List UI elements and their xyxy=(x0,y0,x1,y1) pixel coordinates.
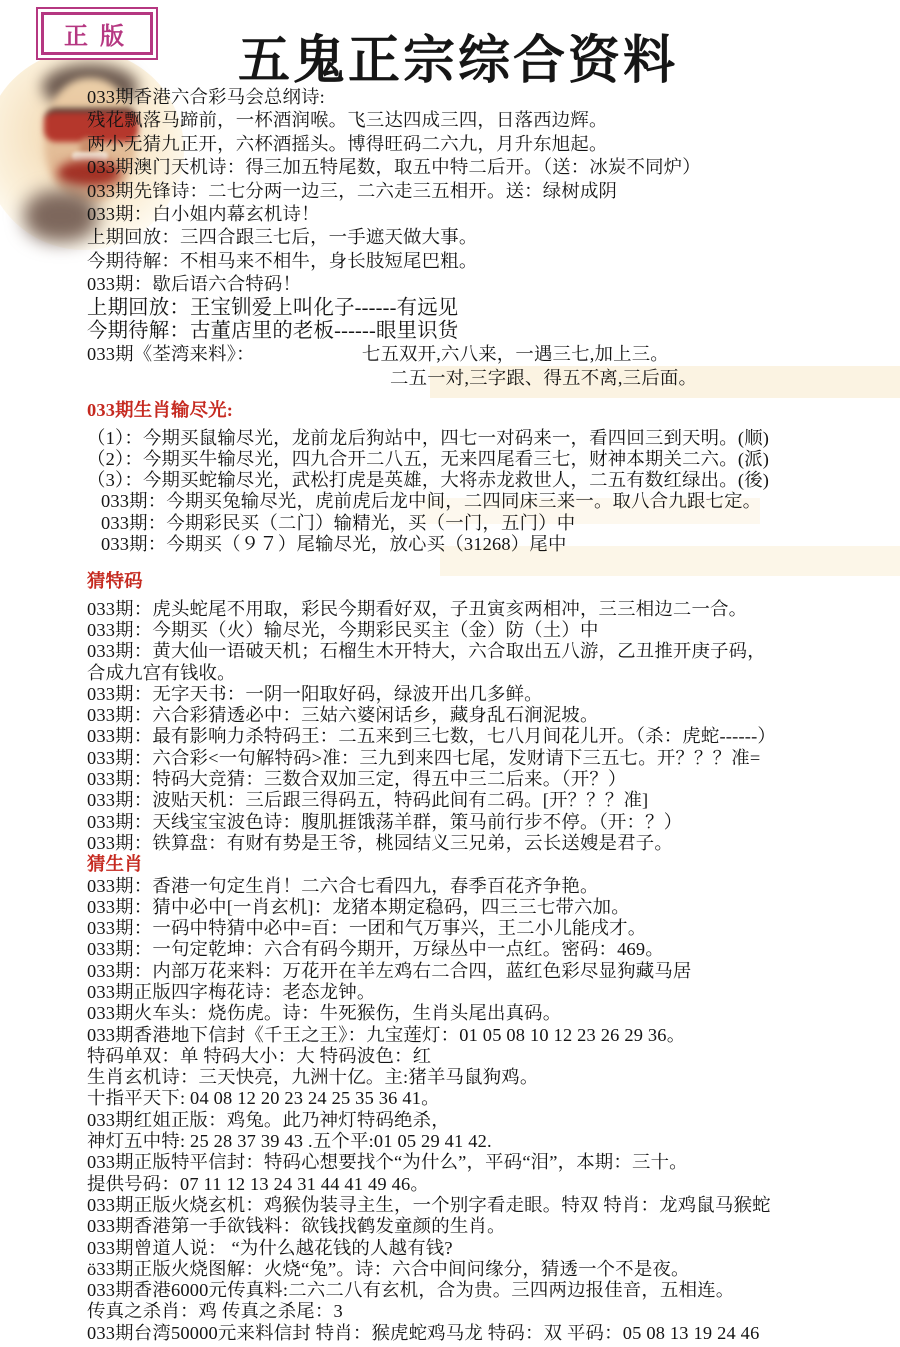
badge-label: 正版 xyxy=(58,24,136,50)
text-line: 033期：今期买兔输尽光，虎前虎后龙中间，二四同床三来一。取八合九跟七定。 xyxy=(101,491,900,512)
text-line: 033期红姐正版：鸡兔。此乃神灯特码绝杀， xyxy=(87,1110,900,1131)
text-line: 033期先锋诗：二七分两一边三，二六走三五相开。送：绿树成阴 xyxy=(87,180,900,203)
text-line: 033期正版特平信封：特码心想要找个“为什么”，平码“泪”，本期：三十。 xyxy=(87,1152,900,1173)
text-line: 两小无猜九正开，六杯酒摇头。博得旺码二六九，月升东旭起。 xyxy=(87,133,900,156)
text-line: 033期：今期买（９７）尾输尽光，放心买（31268）尾中 xyxy=(101,534,900,555)
text-line: （2）：今期买牛输尽光，四九合开二八五，无来四尾看三七，财神本期关二六。(派) xyxy=(87,449,900,470)
text-line: 033期：歇后语六合特码！ xyxy=(87,273,900,296)
text-line: （1）：今期买鼠输尽光，龙前龙后狗站中，四七一对码来一，看四回三到天明。(顺) xyxy=(87,428,900,449)
text-line: 十指平天下: 04 08 12 20 23 24 25 35 36 41。 xyxy=(87,1088,900,1109)
text-line: 033期：波贴天机：三后跟三得码五，特码此间有二码。[开？？？准] xyxy=(87,790,900,811)
text-line: 二五一对,三字跟、得五不离,三后面。 xyxy=(390,367,900,390)
text-line: 提供号码：07 11 12 13 24 31 44 41 49 46。 xyxy=(87,1174,900,1195)
content-lines: 033期香港六合彩马会总纲诗:残花飘落马蹄前，一杯酒润喉。飞三达四成三四，日落西… xyxy=(0,86,900,1344)
text-line: 合成九宫有钱收。 xyxy=(87,663,900,684)
text-line: 033期：内部万花来料：万花开在羊左鸡右二合四，蓝红色彩尽显狗藏马居 xyxy=(87,961,900,982)
text-line: 033期：一码中特猜中必中=百：一团和气万事兴，王二小儿能戌才。 xyxy=(87,918,900,939)
text-line: 033期《荃湾来料》： 七五双开,六八来，一遇三七,加上三。 xyxy=(87,343,900,366)
text-line: 033期：一句定乾坤：六合有码今期开，万绿丛中一点红。密码：469。 xyxy=(87,939,900,960)
text-line: 033期台湾50000元来料信封 特肖：猴虎蛇鸡马龙 特码：双 平码：05 08… xyxy=(87,1323,900,1344)
text-line: 033期：黄大仙一语破天机；石榴生木开特大，六合取出五八游，乙丑推开庚子码， xyxy=(87,641,900,662)
text-line: 残花飘落马蹄前，一杯酒润喉。飞三达四成三四，日落西边辉。 xyxy=(87,109,900,132)
text-line: （3）：今期买蛇输尽光，武松打虎是英雄，大将赤龙救世人，二五有数红绿出。(後) xyxy=(87,470,900,491)
text-line: 今期待解：古董店里的老板------眼里识货 xyxy=(87,320,900,343)
text-line: 上期回放：王宝钏爱上叫化子------有远见 xyxy=(87,297,900,320)
text-line: 今期待解：不相马来不相牛，身长肢短尾巴粗。 xyxy=(87,250,900,273)
text-line: 033期香港6000元传真料:二六二八有玄机，合为贵。三四两边报佳音，五相连。 xyxy=(87,1280,900,1301)
text-line: 033期：最有影响力杀特码王：二五来到三七数，七八月间花儿开。（杀：虎蛇----… xyxy=(87,726,900,747)
text-line: 033期：天线宝宝波色诗：腹肌捱饿荡羊群，策马前行步不停。（开：？） xyxy=(87,812,900,833)
authentic-badge-frame: 正版 xyxy=(41,12,153,55)
text-line: 033期：铁算盘：有财有势是王爷，桃园结义三兄弟，云长送嫂是君子。 xyxy=(87,833,900,854)
text-line: 033期曾道人说： “为什么越花钱的人越有钱? xyxy=(87,1238,900,1259)
text-line: 传真之杀肖：鸡 传真之杀尾：3 xyxy=(87,1301,900,1322)
text-line: 033期：猜中必中[一肖玄机]：龙猪本期定稳码，四三三七带六加。 xyxy=(87,897,900,918)
authentic-badge: 正版 xyxy=(36,7,158,60)
page-title: 五鬼正宗综合资料 xyxy=(238,18,678,93)
text-line: 033期：今期买（火）输尽光，今期彩民买主（金）防（土）中 xyxy=(87,620,900,641)
section-header-shuxiao: 033期生肖输尽光: xyxy=(87,400,900,421)
text-line: 神灯五中特: 25 28 37 39 43 .五个平:01 05 29 41 4… xyxy=(87,1131,900,1152)
text-line: 033期火车头：烧伤虎。诗：牛死猴伤，生肖头尾出真码。 xyxy=(87,1003,900,1024)
section-header-shengxiao: 猜生肖 xyxy=(87,854,900,875)
text-line: 033期：六合彩猜透必中：三姑六婆闲话乡，藏身乱石涧泥坡。 xyxy=(87,705,900,726)
text-line: 033期：六合彩<一句解特码>准：三九到来四七尾，发财请下三五七。开？？？准= xyxy=(87,748,900,769)
text-line: 033期香港地下信封《千王之王》：九宝莲灯：01 05 08 10 12 23 … xyxy=(87,1025,900,1046)
text-line: 033期：无字天书：一阴一阳取好码，绿波开出几多鲜。 xyxy=(87,684,900,705)
text-line: 033期正版四字梅花诗：老态龙钟。 xyxy=(87,982,900,1003)
text-line: 033期澳门天机诗：得三加五特尾数，取五中特二后开。（送：冰炭不同炉） xyxy=(87,156,900,179)
text-line: 033期：特码大竞猜：三数合双加三定，得五中三二后来。（开？） xyxy=(87,769,900,790)
text-line: ö33期正版火烧图解：火烧“兔”。诗：六合中间问缘分，猜透一个不是夜。 xyxy=(87,1259,900,1280)
text-line: 上期回放：三四合跟三七后，一手遮天做大事。 xyxy=(87,226,900,249)
text-line: 生肖玄机诗：三天快亮，九洲十亿。主:猪羊马鼠狗鸡。 xyxy=(87,1067,900,1088)
text-line: 033期正版火烧玄机：鸡猴伪装寻主生，一个别字看走眼。特双 特肖：龙鸡鼠马猴蛇 xyxy=(87,1195,900,1216)
section-header-tema: 猜特码 xyxy=(87,571,900,592)
text-line: 033期：今期彩民买（二门）输精光，买（一门，五门）中 xyxy=(101,513,900,534)
text-line: 033期：白小姐内幕玄机诗！ xyxy=(87,203,900,226)
text-line: 033期：虎头蛇尾不用取，彩民今期看好双，子丑寅亥两相冲，三三相边二一合。 xyxy=(87,599,900,620)
text-line: 033期：香港一句定生肖！二六合七看四九，春季百花齐争艳。 xyxy=(87,876,900,897)
text-line: 033期香港第一手欲钱料：欲钱找鹤发童颜的生肖。 xyxy=(87,1216,900,1237)
text-line: 特码单双：单 特码大小：大 特码波色：红 xyxy=(87,1046,900,1067)
page: 正版 五鬼正宗综合资料 033期香港六合彩马会总纲诗:残花飘落马蹄前，一杯酒润喉… xyxy=(0,0,900,1347)
